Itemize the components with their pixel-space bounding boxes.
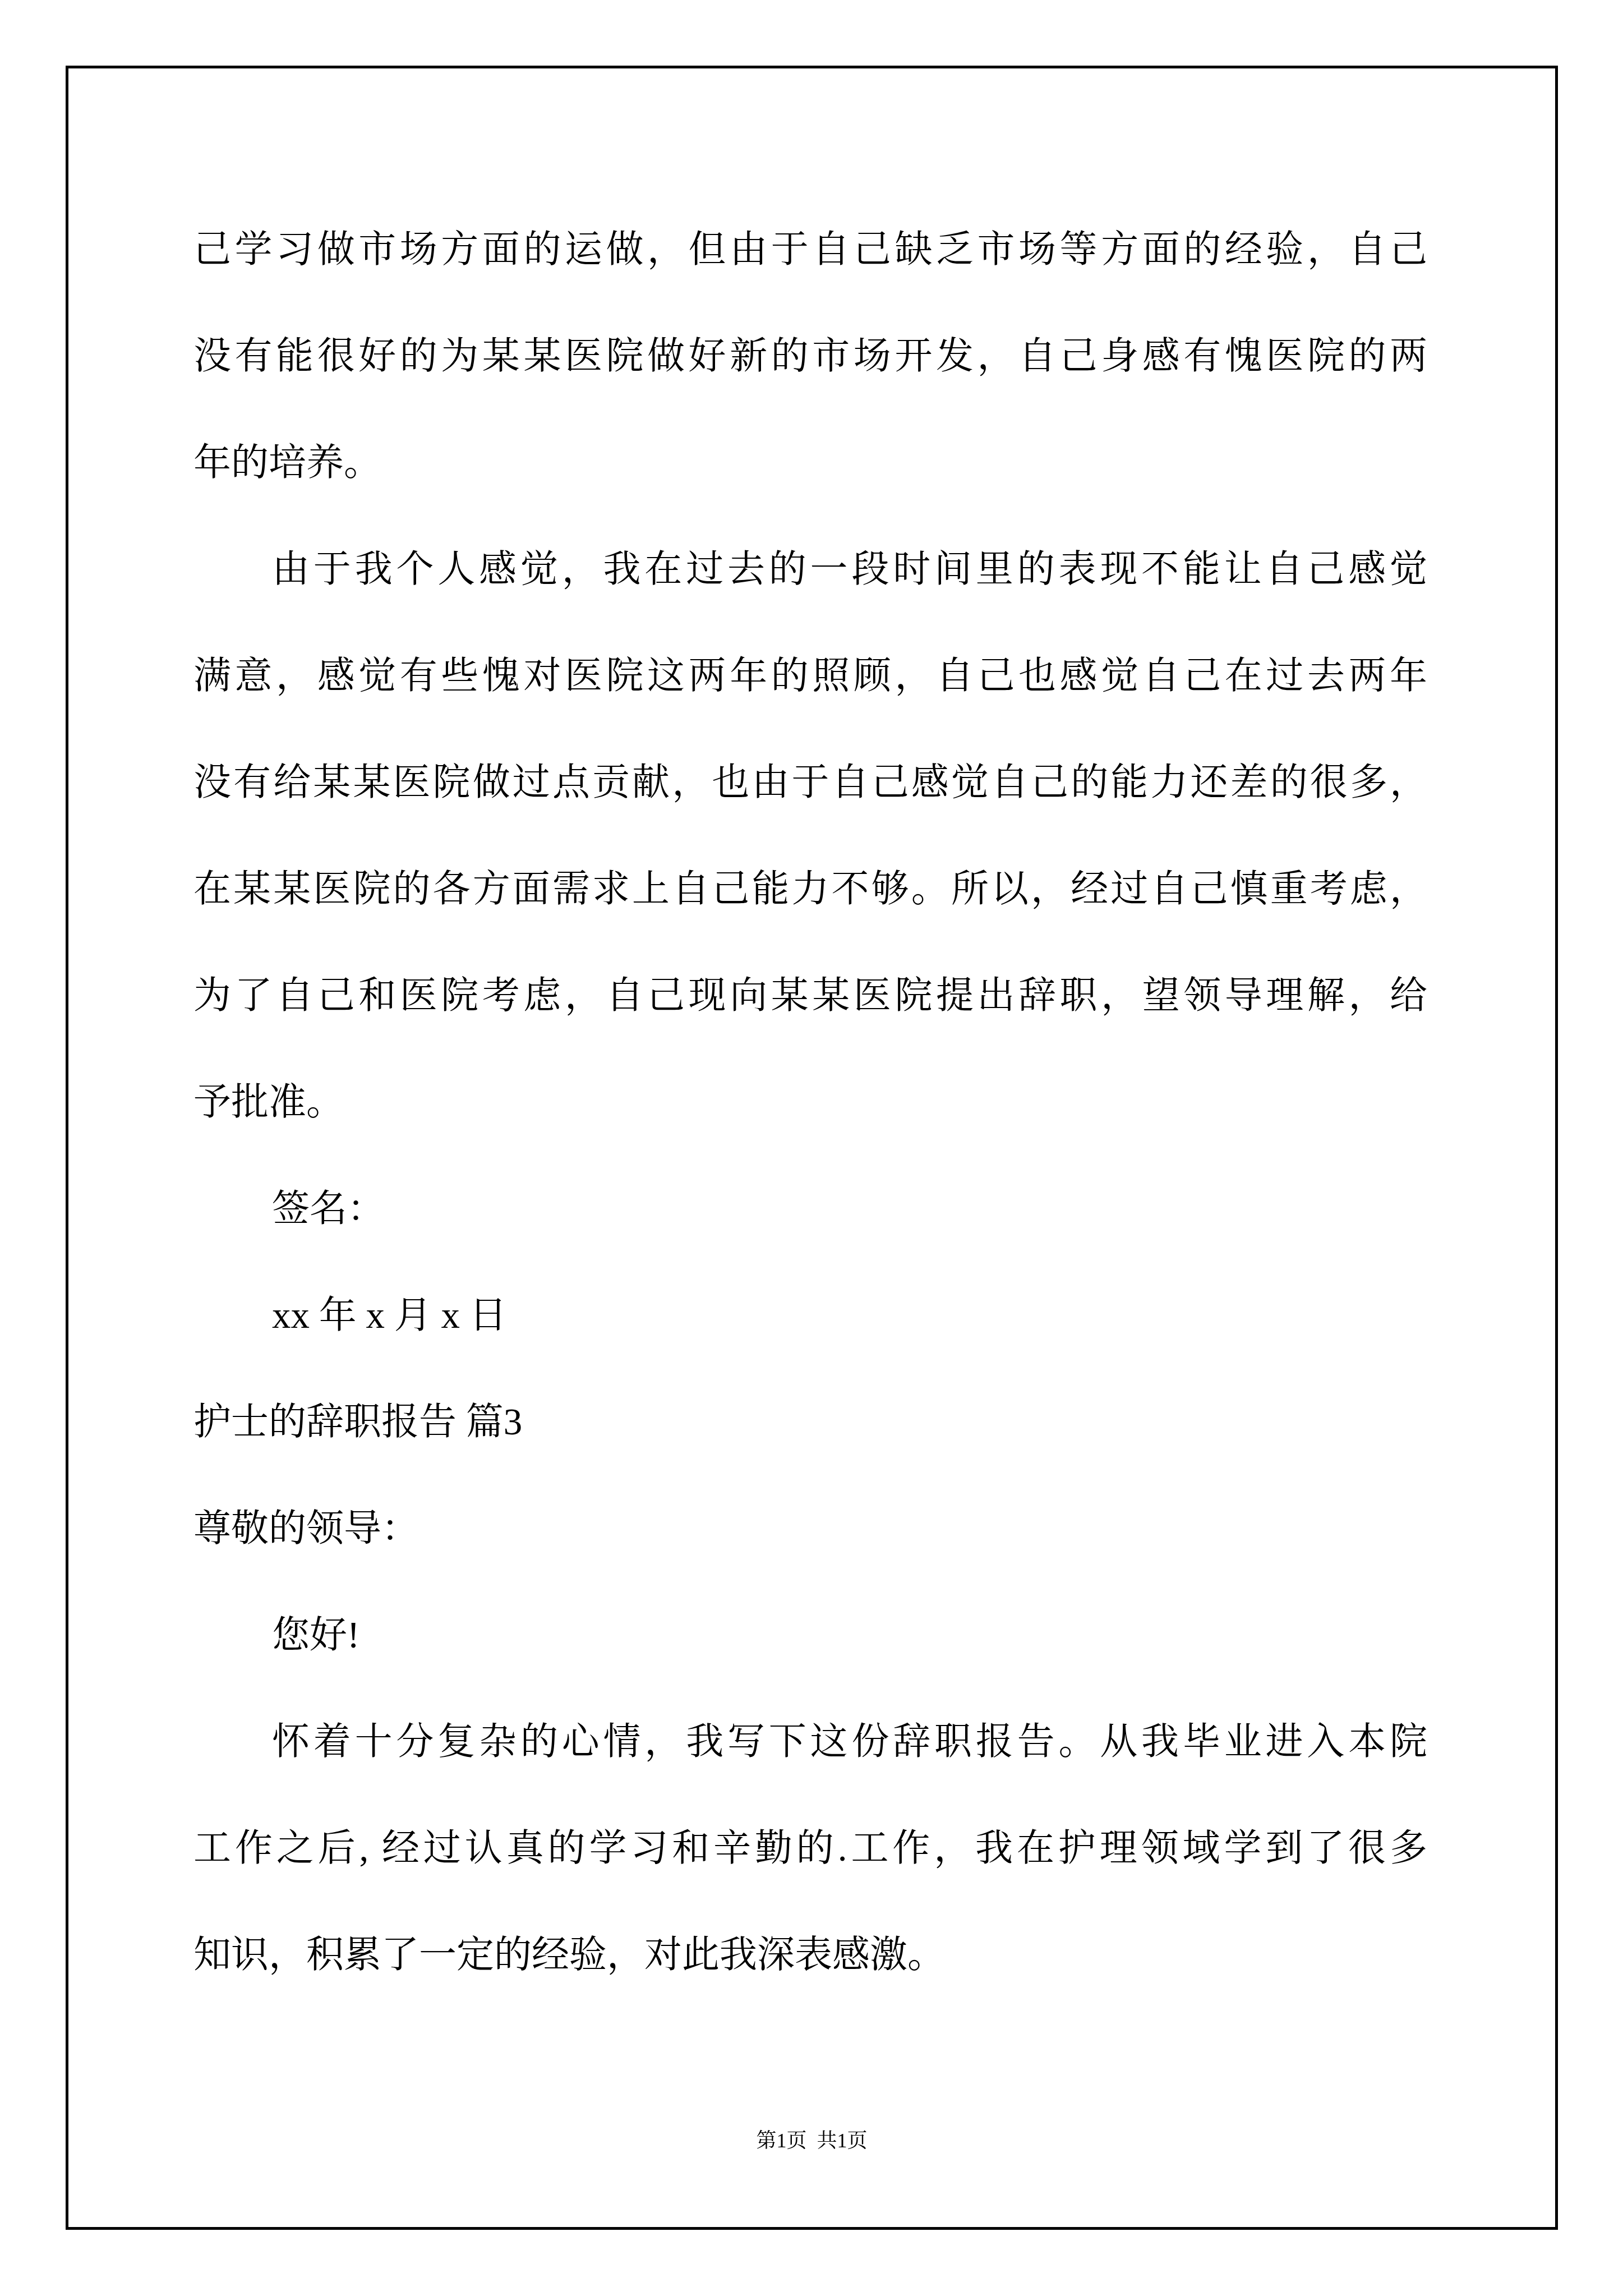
text-line: 工作之后, 经过认真的学习和辛勤的.工作，我在护理领域学到了很多 <box>193 1795 1427 1902</box>
section-heading-line: 护士的辞职报告 篇3 <box>193 1369 1427 1475</box>
text-line: 没有给某某医院做过点贡献，也由于自己感觉自己的能力还差的很多， <box>193 729 1427 836</box>
text-line: 知识，积累了一定的经验，对此我深表感激。 <box>193 1902 1427 2008</box>
document-page: 己学习做市场方面的运做，但由于自己缺乏市场等方面的经验，自己 没有能很好的为某某… <box>0 0 1623 2296</box>
text-line: 满意，感觉有些愧对医院这两年的照顾，自己也感觉自己在过去两年 <box>193 623 1427 729</box>
greeting-line: 您好! <box>193 1582 1427 1688</box>
signature-label-line: 签名： <box>193 1156 1427 1262</box>
text-line: 在某某医院的各方面需求上自己能力不够。所以，经过自己慎重考虑， <box>193 836 1427 942</box>
date-line: xx 年 x 月 x 日 <box>193 1262 1427 1369</box>
page-number-footer: 第1页 共1页 <box>66 2126 1558 2155</box>
text-line: 为了自己和医院考虑，自己现向某某医院提出辞职，望领导理解，给 <box>193 942 1427 1049</box>
text-line: 由于我个人感觉，我在过去的一段时间里的表现不能让自己感觉 <box>193 516 1427 623</box>
salutation-line: 尊敬的领导： <box>193 1475 1427 1582</box>
text-line: 怀着十分复杂的心情，我写下这份辞职报告。从我毕业进入本院 <box>193 1688 1427 1795</box>
text-line: 予批准。 <box>193 1049 1427 1156</box>
text-line: 己学习做市场方面的运做，但由于自己缺乏市场等方面的经验，自己 <box>193 196 1427 303</box>
text-line: 年的培养。 <box>193 409 1427 516</box>
text-line: 没有能很好的为某某医院做好新的市场开发，自己身感有愧医院的两 <box>193 303 1427 409</box>
document-body: 己学习做市场方面的运做，但由于自己缺乏市场等方面的经验，自己 没有能很好的为某某… <box>193 196 1427 2008</box>
